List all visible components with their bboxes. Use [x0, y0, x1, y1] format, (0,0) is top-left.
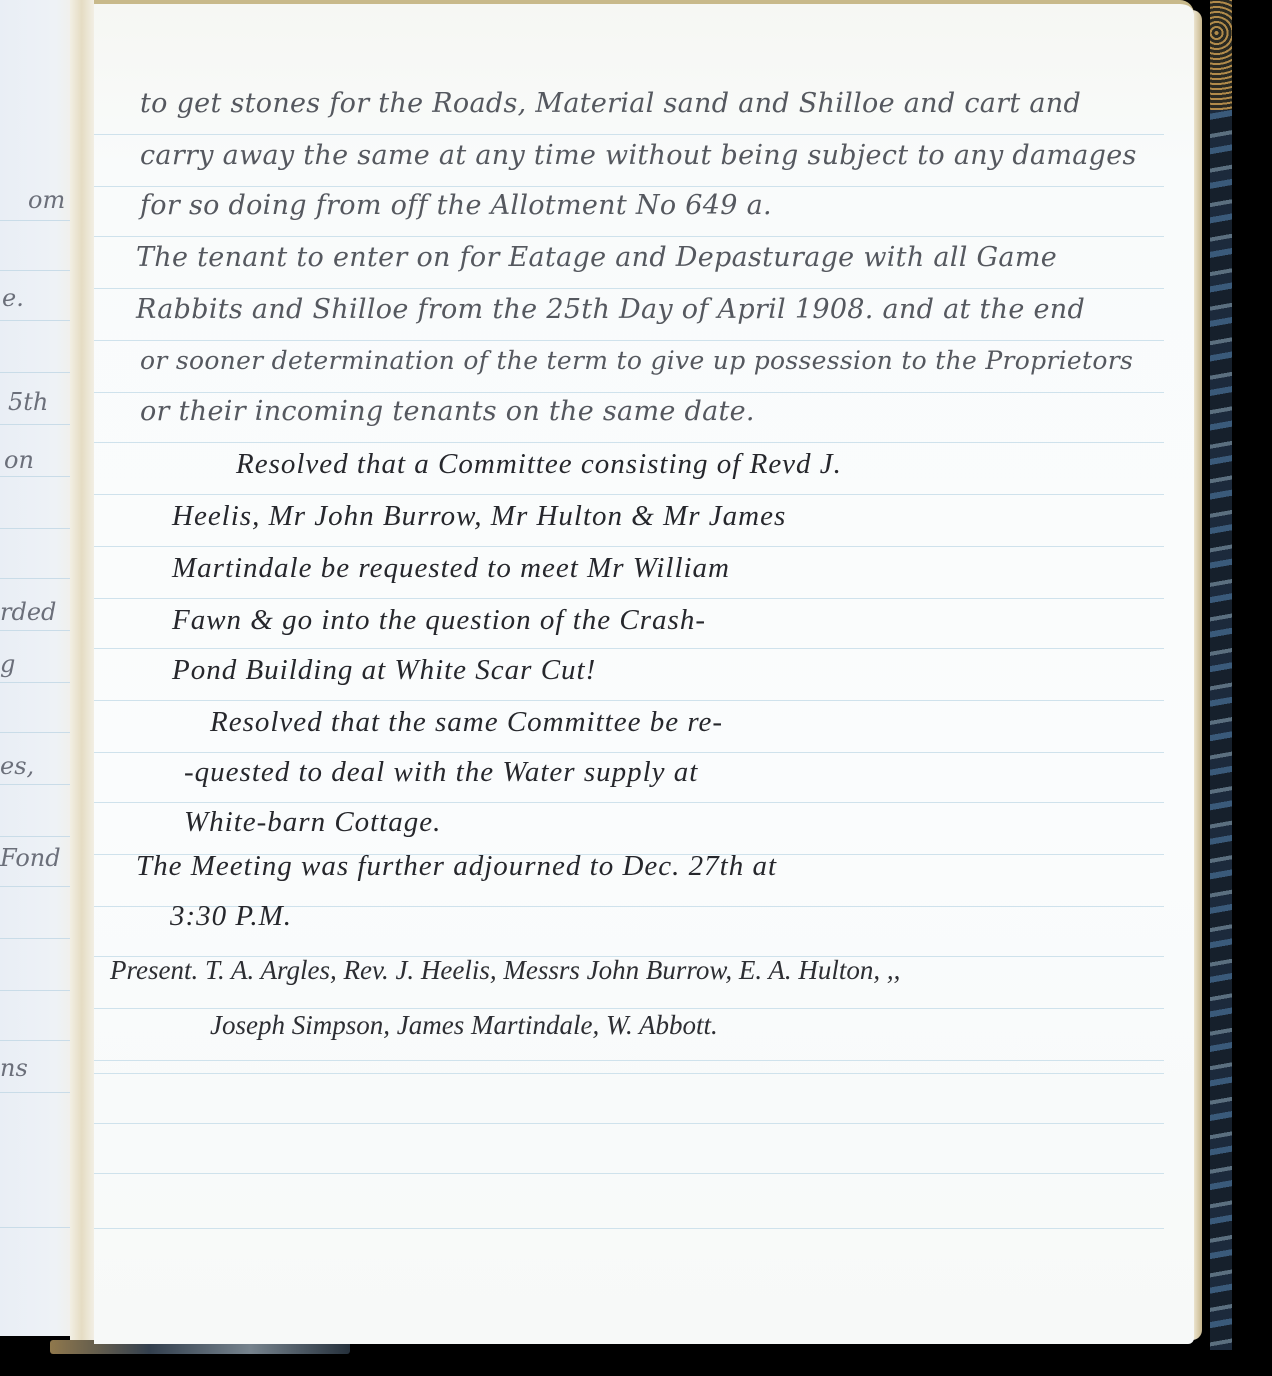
- left-page-fragment: rded: [0, 598, 56, 626]
- resolution-line: White-barn Cottage.: [184, 806, 441, 839]
- rule-line: [94, 134, 1164, 135]
- book-gutter: [70, 0, 96, 1340]
- resolution-line: -quested to deal with the Water supply a…: [184, 756, 698, 789]
- rule-line: [94, 1073, 1164, 1074]
- rule-line: [0, 938, 80, 939]
- rule-line: [0, 320, 80, 321]
- present-line: Joseph Simpson, James Martindale, W. Abb…: [210, 1010, 718, 1041]
- rule-line: [94, 1228, 1164, 1229]
- left-page-fragment: on: [4, 446, 34, 474]
- rule-line: [94, 1060, 1164, 1061]
- rule-line: [94, 752, 1164, 753]
- lease-line: The tenant to enter on for Eatage and De…: [136, 242, 1057, 273]
- rule-line: [94, 288, 1164, 289]
- rule-line: [94, 392, 1164, 393]
- lease-line: to get stones for the Roads, Material sa…: [140, 88, 1081, 119]
- lease-line: or their incoming tenants on the same da…: [140, 396, 755, 427]
- resolution-line: Resolved that a Committee consisting of …: [236, 448, 842, 481]
- rule-line: [0, 990, 80, 991]
- left-page-fragment: om: [28, 186, 65, 214]
- marbled-cover-edge: [1210, 0, 1232, 1350]
- lease-line: Rabbits and Shilloe from the 25th Day of…: [136, 294, 1085, 325]
- rule-line: [0, 1092, 80, 1093]
- rule-line: [94, 648, 1164, 649]
- resolution-line: Martindale be requested to meet Mr Willi…: [172, 552, 730, 585]
- left-page-fragment: ns: [0, 1054, 28, 1082]
- lease-line: carry away the same at any time without …: [140, 140, 1137, 171]
- rule-line: [94, 442, 1164, 443]
- resolution-line: Heelis, Mr John Burrow, Mr Hulton & Mr J…: [172, 500, 786, 533]
- rule-line: [0, 1040, 80, 1041]
- rule-line: [0, 836, 80, 837]
- adjournment-line: The Meeting was further adjourned to Dec…: [136, 850, 777, 883]
- left-page-fragment: 5th: [8, 388, 48, 416]
- left-page-fragment: e.: [2, 284, 24, 312]
- rule-line: [94, 700, 1164, 701]
- rule-line: [0, 1227, 80, 1228]
- rule-line: [0, 528, 80, 529]
- rule-line: [94, 494, 1164, 495]
- rule-line: [94, 802, 1164, 803]
- rule-line: [0, 424, 80, 425]
- resolution-line: Resolved that the same Committee be re-: [210, 706, 723, 739]
- rule-line: [94, 340, 1164, 341]
- rule-line: [0, 372, 80, 373]
- rule-line: [94, 1008, 1164, 1009]
- rule-line: [0, 682, 80, 683]
- rule-line: [0, 630, 80, 631]
- rule-line: [94, 186, 1164, 187]
- rule-line: [94, 598, 1164, 599]
- present-line: Present. T. A. Argles, Rev. J. Heelis, M…: [110, 955, 900, 986]
- rule-line: [0, 886, 80, 887]
- rule-line: [94, 1123, 1164, 1124]
- left-page-fragment: Fond: [0, 844, 61, 872]
- lease-line: for so doing from off the Allotment No 6…: [140, 190, 772, 221]
- resolution-line: Pond Building at White Scar Cut!: [172, 654, 596, 687]
- rule-line: [94, 1173, 1164, 1174]
- left-facing-page: om e. 5th on rded g es, Fond ns: [0, 0, 80, 1336]
- rule-line: [0, 784, 80, 785]
- left-page-fragment: es,: [0, 752, 34, 780]
- rule-line: [0, 578, 80, 579]
- rule-line: [94, 236, 1164, 237]
- rule-line: [0, 270, 80, 271]
- rule-line: [0, 732, 80, 733]
- rule-line: [0, 220, 80, 221]
- resolution-line: Fawn & go into the question of the Crash…: [172, 604, 706, 637]
- adjournment-line: 3:30 P.M.: [170, 900, 292, 933]
- rule-line: [94, 546, 1164, 547]
- lease-line: or sooner determination of the term to g…: [140, 346, 1133, 375]
- rule-line: [0, 476, 80, 477]
- left-page-fragment: g: [0, 650, 15, 678]
